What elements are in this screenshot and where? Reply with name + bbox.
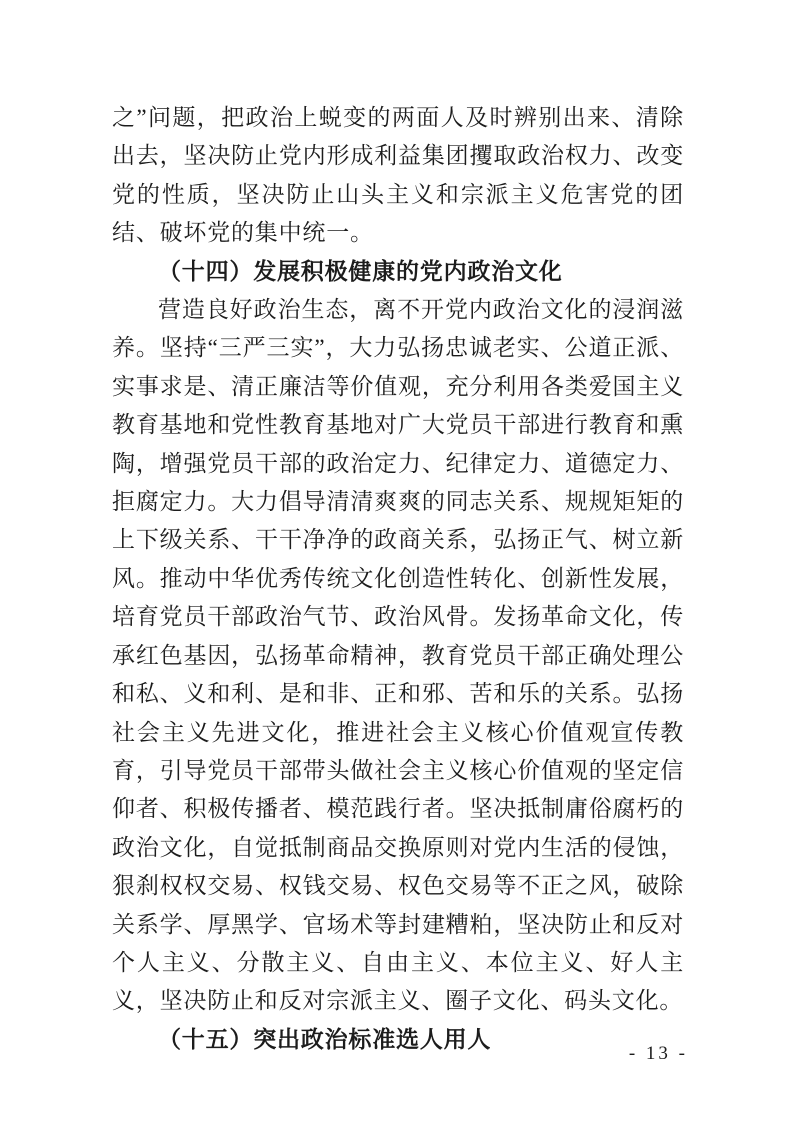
section-heading-14: （十四）发展积极健康的党内政治文化 xyxy=(112,253,684,291)
section-14-body-paragraph: 营造良好政治生态，离不开党内政治文化的浸润滋养。坚持“三严三实”，大力弘扬忠诚老… xyxy=(112,291,684,1021)
page-number: - 13 - xyxy=(629,1043,688,1065)
section-heading-15: （十五）突出政治标准选人用人 xyxy=(112,1021,684,1059)
paragraph-continuation: 之”问题，把政治上蜕变的两面人及时辨别出来、清除出去，坚决防止党内形成利益集团攫… xyxy=(112,99,684,253)
document-body: 之”问题，把政治上蜕变的两面人及时辨别出来、清除出去，坚决防止党内形成利益集团攫… xyxy=(112,99,684,1059)
document-page: 之”问题，把政治上蜕变的两面人及时辨别出来、清除出去，坚决防止党内形成利益集团攫… xyxy=(0,0,794,1123)
